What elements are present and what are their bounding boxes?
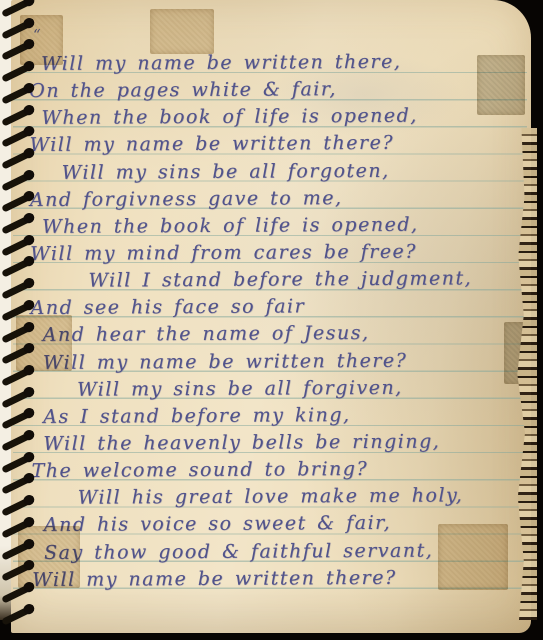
poem-line: Will my name be written there? <box>43 346 533 376</box>
notebook-page: “ Will my name be written there,On the p… <box>11 0 531 633</box>
poem-line: Will my name be written there, <box>41 48 531 78</box>
poem-line: Will the heavenly bells be ringing, <box>43 428 533 458</box>
poem-line: As I stand before my king, <box>43 401 533 431</box>
spiral-coil-icon <box>1 106 33 126</box>
spiral-coil-icon <box>1 323 33 343</box>
poem-line: Will my sins be all forgoten, <box>62 157 532 187</box>
tape-mark <box>438 524 508 590</box>
spiral-coil-icon <box>1 583 33 603</box>
poem-line: On the pages white & fair, <box>29 75 531 105</box>
tape-mark <box>150 9 214 54</box>
poem-line: The welcome sound to bring? <box>31 455 533 485</box>
spiral-coil-icon <box>1 605 33 625</box>
spiral-coil-icon <box>1 410 33 430</box>
spiral-coil-icon <box>1 279 33 299</box>
poem-line: Will my sins be all forgiven, <box>77 374 533 404</box>
spiral-coil-icon <box>1 193 33 213</box>
tape-mark <box>477 55 525 115</box>
spiral-coil-icon <box>1 84 33 104</box>
spiral-coil-icon <box>1 562 33 582</box>
spiral-coil-icon <box>1 62 33 82</box>
spiral-coil-icon <box>1 171 33 191</box>
spiral-coil-icon <box>1 475 33 495</box>
spiral-coil-icon <box>1 540 33 560</box>
poem-line: And hear the name of Jesus, <box>43 319 533 349</box>
spiral-coil-icon <box>1 149 33 169</box>
spiral-coil-icon <box>1 214 33 234</box>
poem-line: And see his face so fair <box>30 292 532 322</box>
spiral-binding <box>0 0 48 640</box>
spiral-coil-icon <box>1 453 33 473</box>
spiral-coil-icon <box>1 128 33 148</box>
spiral-coil-icon <box>1 431 33 451</box>
spiral-coil-icon <box>1 0 33 18</box>
poem-line: When the book of life is opened, <box>41 102 531 132</box>
spiral-coil-icon <box>1 236 33 256</box>
spiral-coil-icon <box>1 518 33 538</box>
spiral-coil-icon <box>1 496 33 516</box>
spiral-coil-icon <box>1 366 33 386</box>
notebook-photo: “ Will my name be written there,On the p… <box>0 0 543 640</box>
poem-text: Will my name be written there,On the pag… <box>11 48 534 594</box>
spiral-coil-icon <box>1 345 33 365</box>
poem-line: And forgivness gave to me, <box>30 184 532 214</box>
spiral-coil-icon <box>1 301 33 321</box>
poem-line: When the book of life is opened, <box>42 211 532 241</box>
poem-line: Will his great love make me holy, <box>78 482 534 512</box>
spiral-coil-icon <box>1 388 33 408</box>
spiral-coil-icon <box>1 19 33 39</box>
poem-line: Will my name be written there? <box>29 129 531 159</box>
spiral-coil-icon <box>1 41 33 61</box>
poem-line: Will I stand before the judgment, <box>88 265 532 295</box>
spiral-coil-icon <box>1 258 33 278</box>
poem-line: Will my mind from cares be free? <box>30 238 532 268</box>
